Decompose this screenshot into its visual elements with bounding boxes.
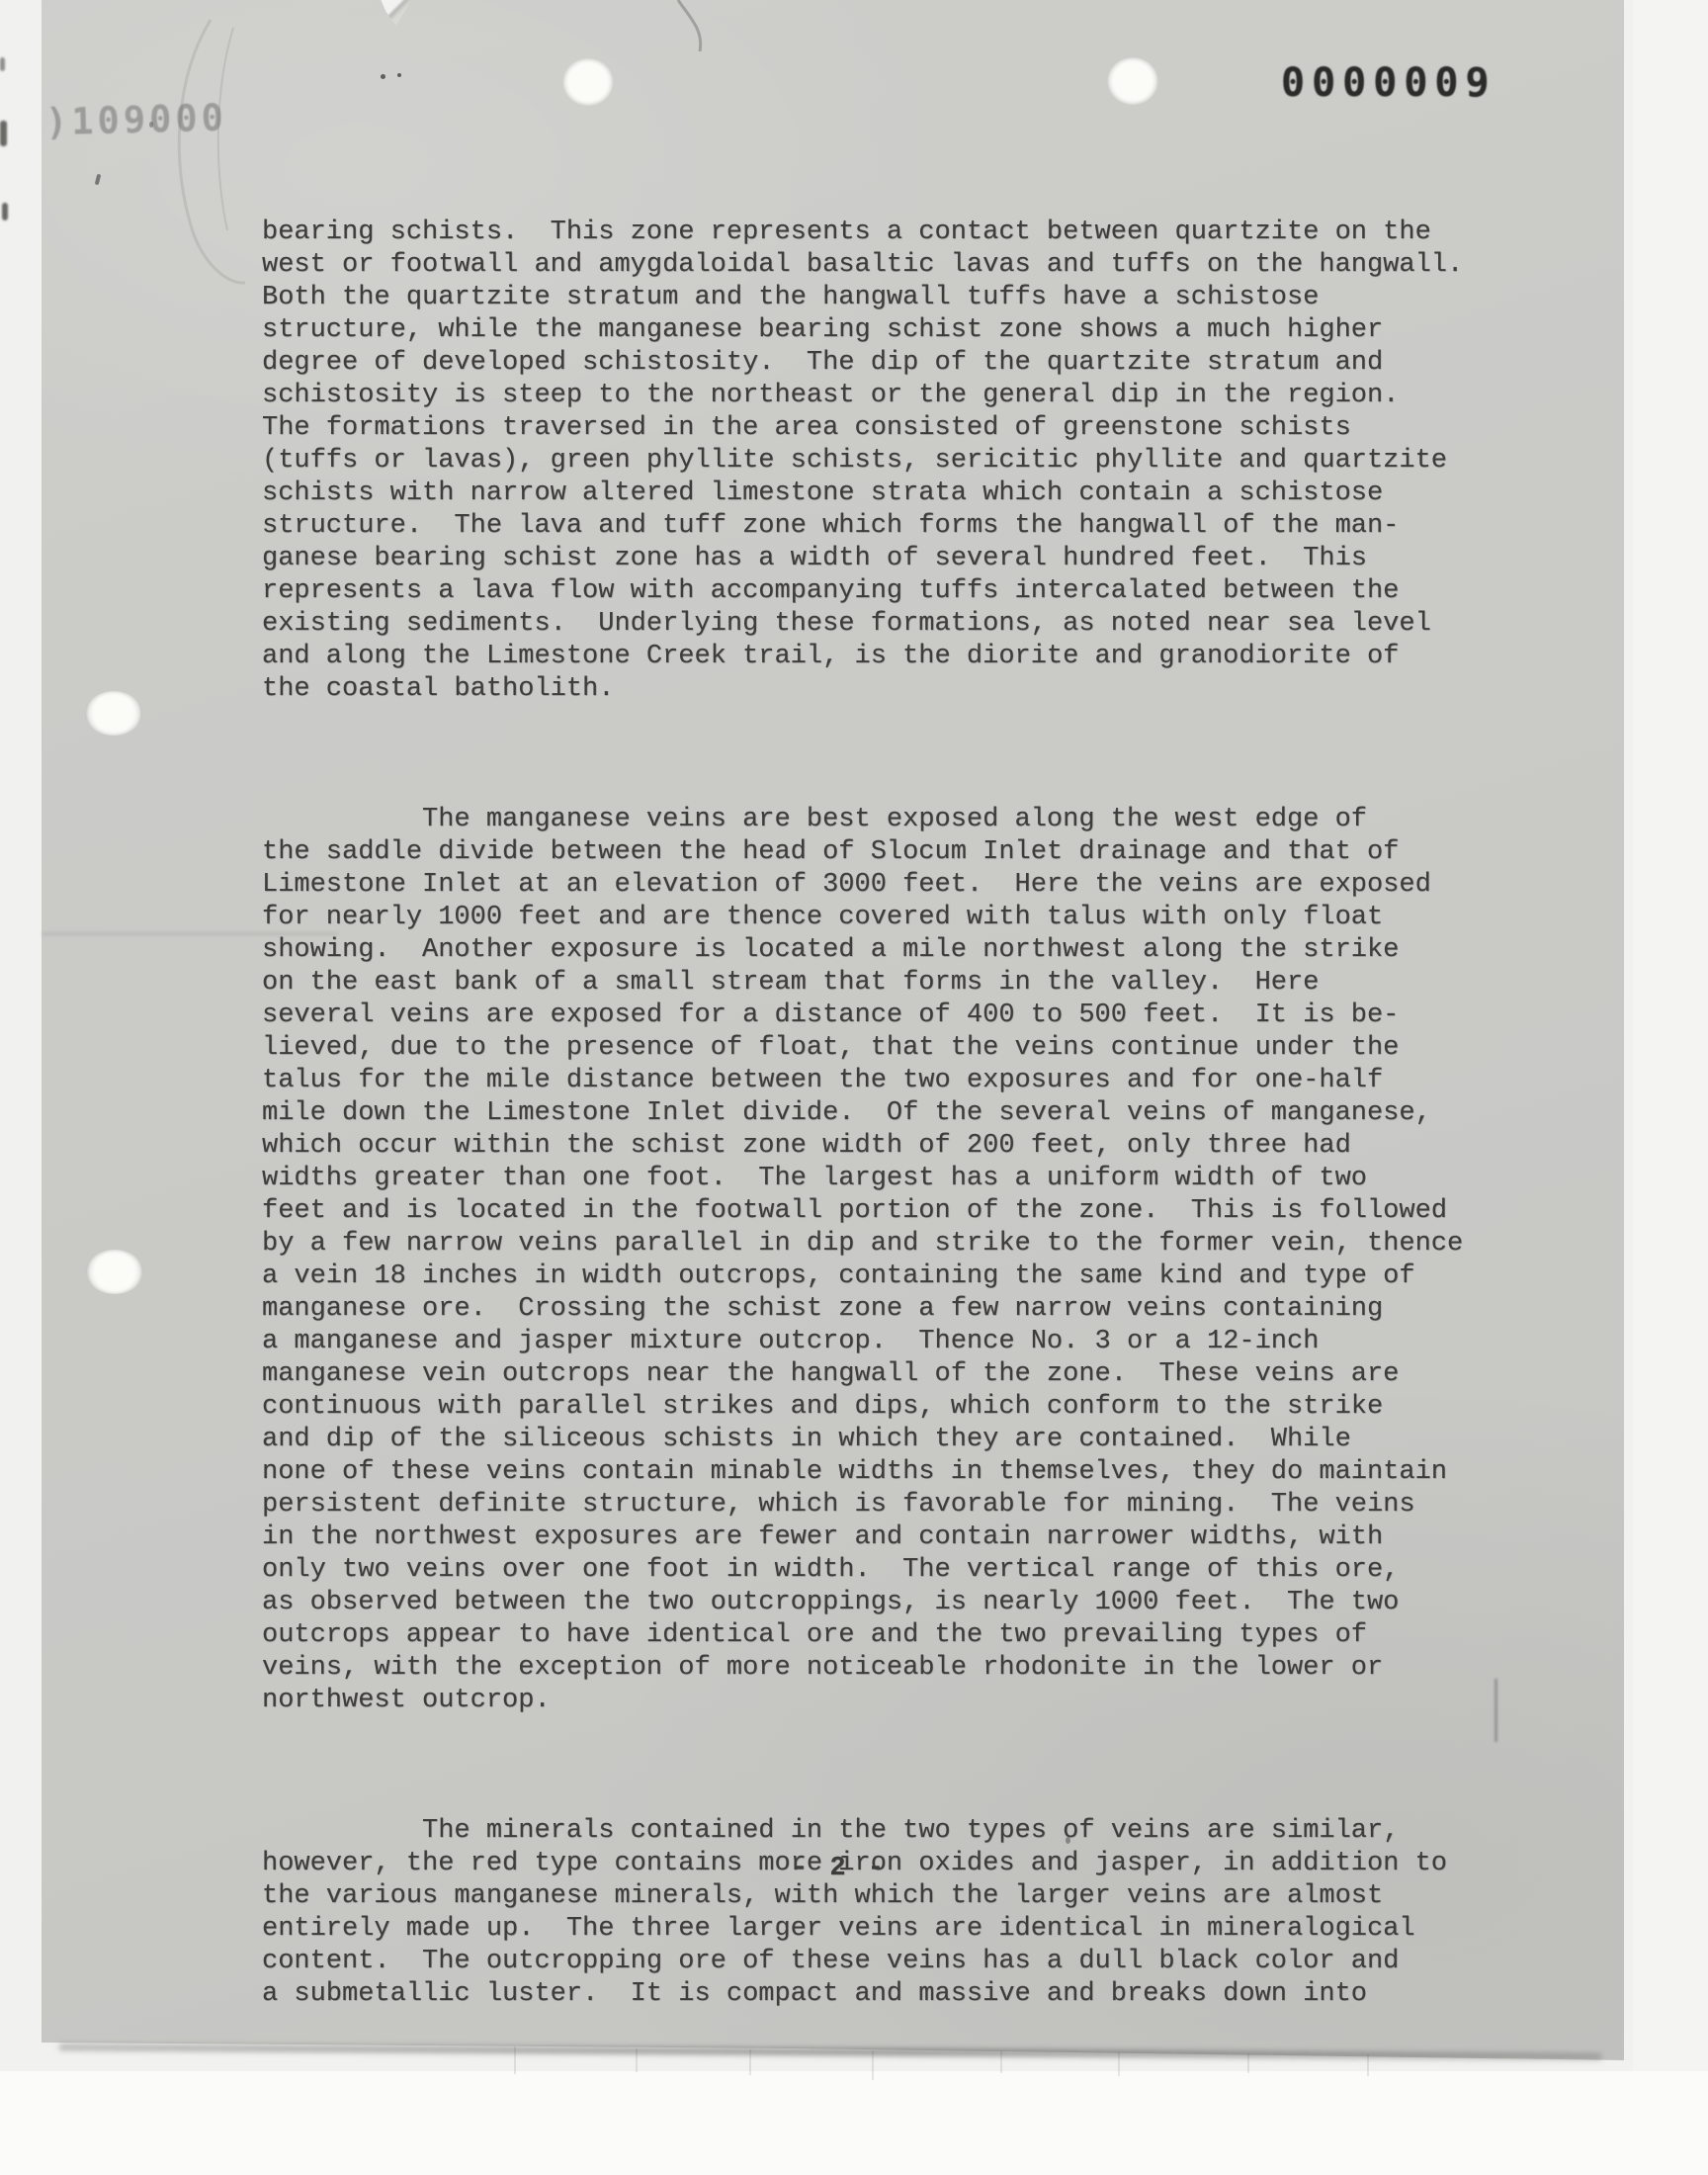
punch-hole-top-left [562, 58, 614, 106]
ink-speck [381, 74, 385, 79]
paragraph-manganese-veins-exposure: The manganese veins are best exposed alo… [262, 804, 1517, 1717]
punch-hole-top-right [1107, 57, 1158, 105]
scan-edge-artifact [0, 121, 7, 146]
scanner-streak [1118, 2052, 1120, 2076]
paragraph-vein-minerals: The minerals contained in the two types … [262, 1815, 1517, 2011]
ink-speck [1066, 1837, 1070, 1844]
scanner-streak [749, 2049, 751, 2075]
pen-hook-mark [660, 0, 729, 59]
ink-speck [149, 122, 153, 128]
paragraph-geology-contact-zone: bearing schists. This zone represents a … [262, 217, 1517, 706]
scanned-document-page: 0000009 )109000 bearing schists. This zo… [0, 0, 1708, 2175]
scanner-streak [1247, 2053, 1249, 2073]
punch-hole-left-lower [86, 1250, 143, 1294]
scanner-streak [636, 2048, 638, 2072]
crease-mark-right [1494, 1679, 1497, 1742]
punch-hole-left-upper [85, 691, 142, 736]
scan-background-right-strip [1633, 0, 1708, 2071]
scan-edge-artifact [0, 57, 5, 71]
scanner-streak [514, 2046, 516, 2074]
crease-line-left [42, 932, 338, 935]
ink-speck [397, 73, 401, 77]
faint-pencil-swirl [117, 18, 295, 314]
typewritten-text-block: bearing schists. This zone represents a … [262, 151, 1517, 2109]
scanner-streak [872, 2050, 874, 2080]
page-number: - 2 - [792, 1853, 887, 1885]
scan-edge-artifact [2, 203, 8, 220]
scanner-streak [1000, 2051, 1002, 2073]
document-number-stamp: 0000009 [1281, 59, 1496, 107]
scanner-streak [1367, 2054, 1369, 2076]
